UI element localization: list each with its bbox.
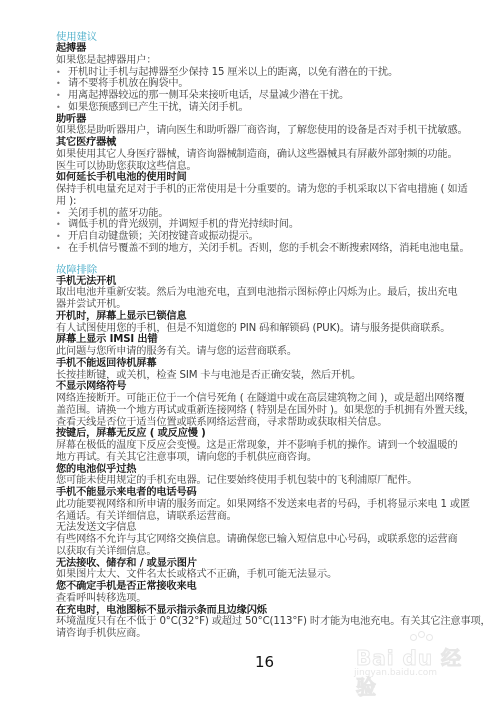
bullet-item: 开启自动键盘锁；关闭按键音或振动提示。	[56, 231, 476, 243]
paragraph-line: 如果您是起搏器用户：	[56, 55, 476, 67]
subsection-heading: 手机不能显示来电者的电话号码	[56, 487, 476, 499]
paragraph-line: 器并尝试开机。	[56, 299, 476, 311]
subsection-heading: 您不确定手机是否正常接收来电	[56, 581, 476, 593]
paragraph-line: 您可能未使用规定的手机充电器。记住要始终使用手机包装中的飞利浦原厂配件。	[56, 475, 476, 487]
subsection-heading: 开机时，屏幕上显示已锁信息	[56, 311, 476, 323]
paragraph-line: 有人试图使用您的手机，但是不知道您的 PIN 码和解锁码 (PUK)。请与服务提…	[56, 323, 476, 335]
paragraph-line: 取出电池并重新安装。然后为电池充电，直到电池指示图标停止闪烁为止。最后，拔出充电	[56, 287, 476, 299]
paragraph-line: 地方再试。有关其它注意事项，请向您的手机供应商咨询。	[56, 452, 476, 464]
subsection-heading: 起搏器	[56, 43, 476, 55]
paragraph-line: 环境温度只有在不低于 0°C(32°F) 或超过 50°C(113°F) 时才能…	[56, 616, 476, 628]
paragraph-line: 长按挂断键，或关机，检查 SIM 卡与电池是否正确安装，然后开机。	[56, 370, 476, 382]
paragraph-line: 医生可以协助您获取这些信息。	[56, 161, 476, 173]
paragraph-line: 以获取有关详细信息。	[56, 546, 476, 558]
bullet-item: 在手机信号覆盖不到的地方，关闭手机。否则，您的手机会不断搜索网络，消耗电池电量。	[56, 243, 476, 255]
baidu-watermark: Bai du 经验 jingyan.baidu.com	[350, 634, 470, 684]
subsection-heading: 手机不能返回待机屏幕	[56, 358, 476, 370]
paragraph-line: 如果使用其它人身医疗器械，请咨询器械制造商，确认这些器械具有屏蔽外部射频的功能。	[56, 149, 476, 161]
subsection-heading: 屏幕上显示 IMSI 出错	[56, 334, 476, 346]
subsection-heading: 您的电池似乎过热	[56, 464, 476, 476]
subsection-heading: 助听器	[56, 114, 476, 126]
paragraph-line: 查看呼叫转移选项。	[56, 593, 476, 605]
bullet-item: 调低手机的背光级别，并调短手机的背光持续时间。	[56, 219, 476, 231]
paw-print-icon	[418, 631, 425, 638]
paragraph-line: 查看天线是否位于适当位置或联系网络运营商，寻求帮助或获取相关信息。	[56, 417, 476, 429]
paragraph-line: 名通话。有关详细信息，请联系运营商。	[56, 511, 476, 523]
subsection-heading: 不显示网络符号	[56, 381, 476, 393]
subsection-heading: 无法接收、储存和 / 或显示图片	[56, 558, 476, 570]
bullet-item: 请不要将手机放在胸袋中。	[56, 78, 476, 90]
subsection-heading: 无法发送文字信息	[56, 522, 476, 534]
subsection-heading: 在充电时，电池图标不显示指示条而且边缘闪烁	[56, 605, 476, 617]
paw-print-icon	[410, 634, 417, 641]
paragraph-line: 有些网络不允许与其它网络交换信息。请确保您已输入短信息中心号码，或联系您的运营商	[56, 534, 476, 546]
section-title: 使用建议	[56, 31, 476, 43]
bullet-item: 开机时让手机与起搏器至少保持 15 厘米以上的距离，以免有潜在的干扰。	[56, 67, 476, 79]
paragraph-line: 如果您是助听器用户，请向医生和助听器厂商咨询，了解您使用的设备是否对手机干扰敏感…	[56, 125, 476, 137]
section-title: 故障排除	[56, 264, 476, 276]
bullet-item: 用离起搏器较远的那一侧耳朵来接听电话，尽量减少潜在干扰。	[56, 90, 476, 102]
subsection-heading: 手机无法开机	[56, 276, 476, 288]
section-gap	[56, 255, 476, 264]
manual-page: 使用建议起搏器如果您是起搏器用户：开机时让手机与起搏器至少保持 15 厘米以上的…	[56, 31, 476, 640]
subsection-heading: 按键后，屏幕无反应 ( 或反应慢 )	[56, 428, 476, 440]
paragraph-line: 盖范围。请换一个地方再试或重新连接网络 ( 特别是在国外时 )。如果您的手机拥有…	[56, 405, 476, 417]
paragraph-line: 此功能要视网络和所申请的服务而定。如果网络不发送来电者的号码，手机将显示来电 1…	[56, 499, 476, 511]
bullet-item: 关闭手机的蓝牙功能。	[56, 208, 476, 220]
subsection-heading: 其它医疗器械	[56, 137, 476, 149]
paragraph-line: 网络连接断开。可能正位于一个信号死角 ( 在隧道中或在高层建筑物之间 )，或是超…	[56, 393, 476, 405]
watermark-url: jingyan.baidu.com	[354, 668, 437, 678]
subsection-heading: 如何延长手机电池的使用时间	[56, 172, 476, 184]
paragraph-line: 此问题与您所申请的服务有关。请与您的运营商联系。	[56, 346, 476, 358]
paragraph-line: 屏幕在极低的温度下反应会变慢。这是正常现象，并不影响手机的操作。请到一个较温暖的	[56, 440, 476, 452]
paw-print-icon	[426, 634, 433, 641]
page-number: 16	[255, 653, 274, 671]
bullet-item: 如果您预感到已产生干扰，请关闭手机。	[56, 102, 476, 114]
paragraph-line: 保持手机电量充足对于手机的正常使用是十分重要的。请为您的手机采取以下省电措施 (…	[56, 184, 476, 196]
paragraph-line: 如果图片太大、文件名太长或格式不正确，手机可能无法显示。	[56, 569, 476, 581]
paragraph-line: 用 ):	[56, 196, 476, 208]
